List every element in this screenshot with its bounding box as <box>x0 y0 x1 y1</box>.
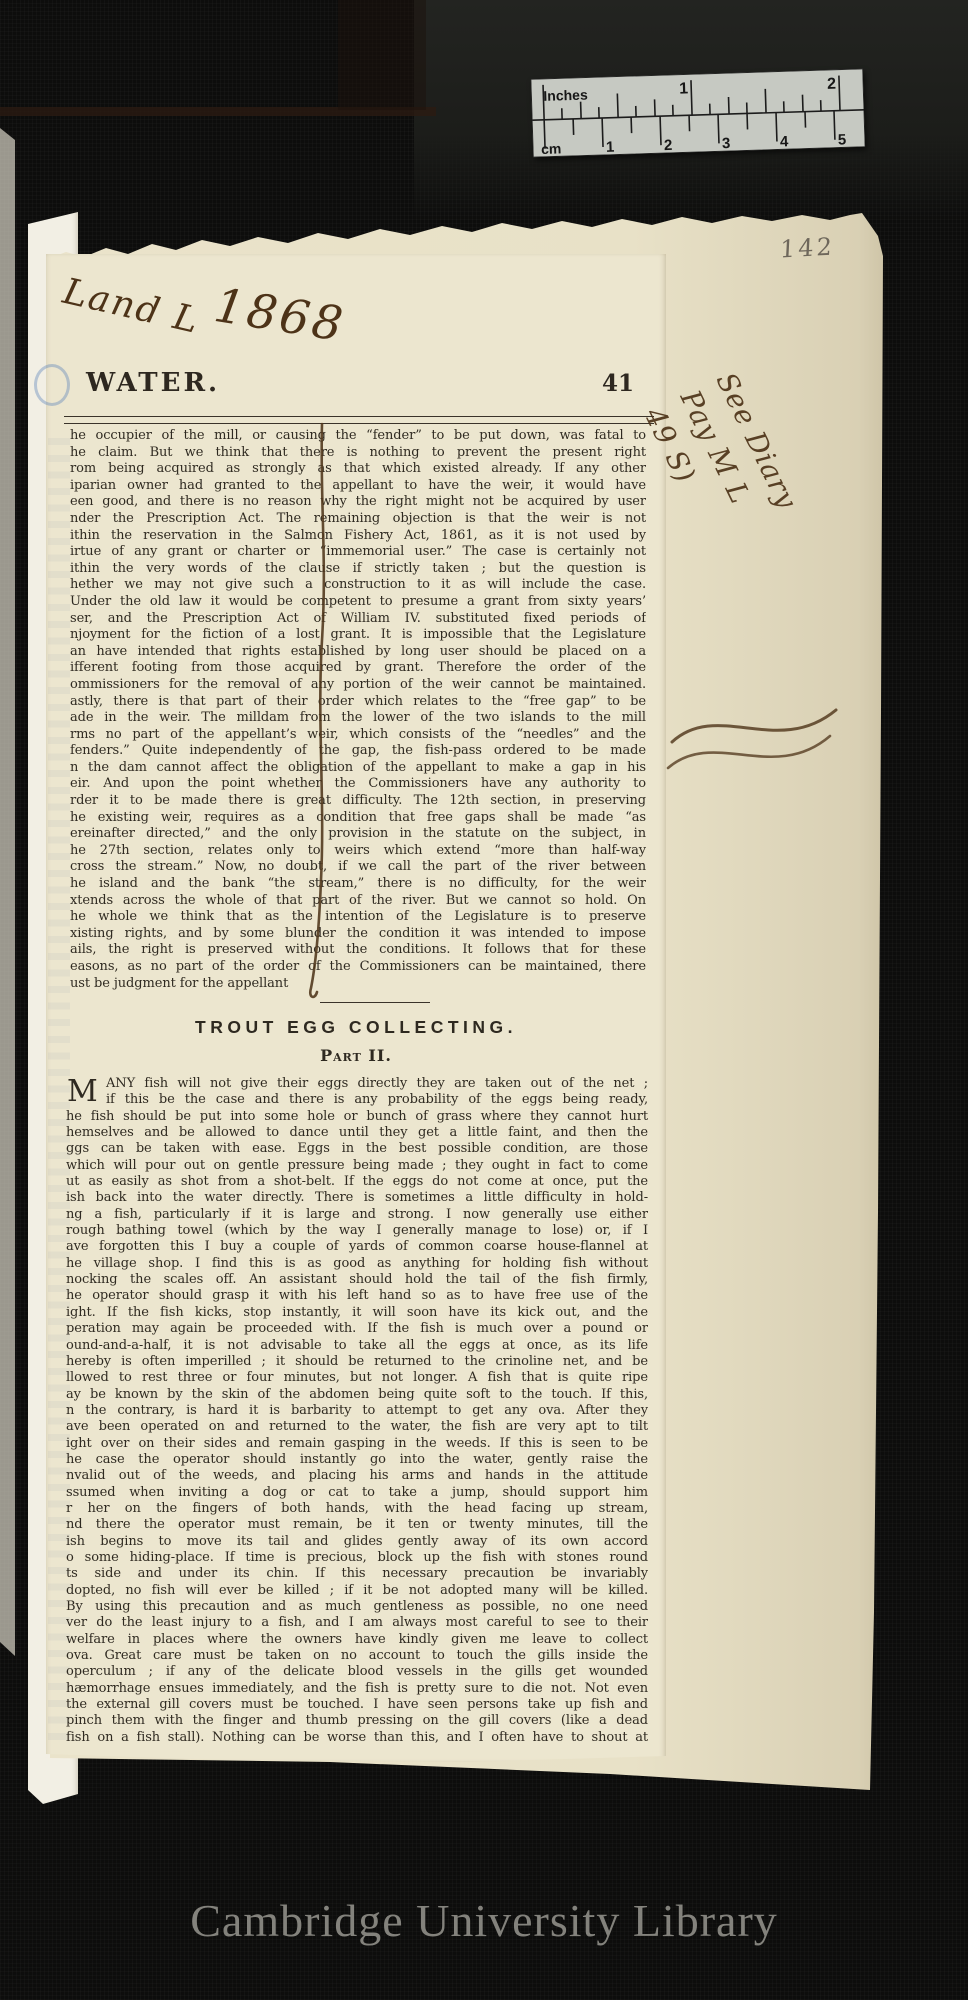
text-line: een good, and there is no reason why the… <box>70 494 646 511</box>
text-line: an have intended that rights established… <box>70 644 646 661</box>
folio-number: 142 <box>779 233 835 264</box>
text-line: he 27th section, relates only to weirs w… <box>70 843 646 860</box>
text-line: r her on the fingers of both hands, with… <box>66 1501 648 1517</box>
text-line: ithin the reservation in the Salmon Fish… <box>70 528 646 545</box>
running-title: WATER. <box>86 368 220 398</box>
text-line: ommissioners for the removal of any port… <box>70 677 646 694</box>
text-line: ser, and the Prescription Act of William… <box>70 611 646 628</box>
inch-tick-2: 2 <box>827 76 837 93</box>
text-line: o some hiding-place. If time is precious… <box>66 1550 648 1566</box>
text-line: he village shop. I find this is as good … <box>66 1256 648 1272</box>
text-line: n the contrary, is hard it is barbarity … <box>66 1403 648 1419</box>
text-line: ggs can be taken with ease. Eggs in the … <box>66 1141 648 1157</box>
text-line: fenders.” Quite independently of the gap… <box>70 743 646 760</box>
text-line: ver do the least injury to a fish, and I… <box>66 1615 648 1631</box>
text-line: njoyment for the fiction of a lost grant… <box>70 627 646 644</box>
text-line: ts side and under its chin. If this nece… <box>66 1566 648 1582</box>
text-line: rough bathing towel (which by the way I … <box>66 1223 648 1239</box>
text-line: he case the operator should instantly go… <box>66 1452 648 1468</box>
text-line: llowed to rest three or four minutes, bu… <box>66 1370 648 1386</box>
text-line: pinch them with the finger and thumb pre… <box>66 1713 648 1729</box>
text-line: Under the old law it would be competent … <box>70 594 646 611</box>
text-line: eir. And upon the point whether the Comm… <box>70 776 646 793</box>
text-line: nocking the scales off. An assistant sho… <box>66 1272 648 1288</box>
text-line: hemselves and be allowed to dance until … <box>66 1125 648 1141</box>
cm-tick-3: 3 <box>722 135 731 152</box>
inch-tick-1: 1 <box>679 80 689 97</box>
article-trout-title: TROUT EGG COLLECTING. <box>66 1017 646 1038</box>
text-line: ut as easily as shot from a shot-belt. I… <box>66 1174 648 1190</box>
text-line: rms no part of the appellant’s weir, whi… <box>70 727 646 744</box>
page-number: 41 <box>602 370 634 397</box>
drop-cap-initial: M <box>67 1077 98 1107</box>
blue-stamp-mark <box>34 364 70 406</box>
text-line: ANY fish will not give their eggs direct… <box>66 1076 648 1092</box>
text-line: ifferent footing from those acquired by … <box>70 660 646 677</box>
text-line: ng a fish, particularly if it is large a… <box>66 1207 648 1223</box>
article-water-text: he occupier of the mill, or causing the … <box>70 428 646 992</box>
text-line: hereby is often imperilled ; it should b… <box>66 1354 648 1370</box>
text-line: fish on a fish stall). Nothing can be wo… <box>66 1730 648 1746</box>
text-line: ay be known by the skin of the abdomen b… <box>66 1387 648 1403</box>
article-trout-part: Part II. <box>66 1046 646 1065</box>
text-line: if this be the case and there is any pro… <box>66 1092 648 1108</box>
text-line: ithin the very words of the clause if st… <box>70 561 646 578</box>
text-line: he occupier of the mill, or causing the … <box>70 428 646 445</box>
text-line: By using this precaution and as much gen… <box>66 1599 648 1615</box>
text-line: hether we may not give such a constructi… <box>70 577 646 594</box>
text-line: he whole we think that as the intention … <box>70 909 646 926</box>
ruler-inches-label: Inches <box>543 86 588 103</box>
background-shadow-band <box>338 0 426 110</box>
text-line: n the dam cannot affect the obligation o… <box>70 760 646 777</box>
text-line: ust be judgment for the appellant <box>70 976 646 993</box>
adjacent-page-edge <box>0 128 15 1656</box>
text-line: astly, there is that part of their order… <box>70 694 646 711</box>
text-line: ave forgotten this I buy a couple of yar… <box>66 1239 648 1255</box>
ruler-cm-label: cm <box>541 140 562 157</box>
text-line: operculum ; if any of the delicate blood… <box>66 1664 648 1680</box>
text-line: he existing weir, requires as a conditio… <box>70 810 646 827</box>
text-line: ish begins to move its tail and glides g… <box>66 1534 648 1550</box>
text-line: ereinafter directed,” and the only provi… <box>70 826 646 843</box>
text-line: irtue of any grant or charter or “immemo… <box>70 544 646 561</box>
text-line: ave been operated on and returned to the… <box>66 1419 648 1435</box>
ruler-graphic: Inches 1 2 cm 1 2 3 4 5 <box>531 69 865 157</box>
text-line: ight. If the fish kicks, stop instantly,… <box>66 1305 648 1321</box>
text-line: ova. Great care must be taken on no acco… <box>66 1648 648 1664</box>
text-line: peration may again be proceeded with. If… <box>66 1321 648 1337</box>
text-line: xisting rights, and by some blunder the … <box>70 926 646 943</box>
text-line: dopted, no fish will ever be killed ; if… <box>66 1583 648 1599</box>
library-watermark: Cambridge University Library <box>0 1894 968 1947</box>
text-line: nvalid out of the weeds, and placing his… <box>66 1468 648 1484</box>
measurement-ruler: Inches 1 2 cm 1 2 3 4 5 <box>531 69 865 157</box>
text-line: he operator should grasp it with his lef… <box>66 1288 648 1304</box>
text-line: nder the Prescription Act. The remaining… <box>70 511 646 528</box>
text-line: ound-and-a-half, it is not advisable to … <box>66 1338 648 1354</box>
text-line: iparian owner had granted to the appella… <box>70 478 646 495</box>
article-end-rule <box>320 1002 430 1003</box>
text-line: the external gill covers must be touched… <box>66 1697 648 1713</box>
page-header: WATER. 41 <box>66 368 648 398</box>
text-line: rom being acquired as strongly as that w… <box>70 461 646 478</box>
text-line: welfare in places where the owners have … <box>66 1632 648 1648</box>
cm-tick-1: 1 <box>606 139 615 156</box>
header-double-rule <box>64 416 654 424</box>
text-line: he fish should be put into some hole or … <box>66 1109 648 1125</box>
text-line: xtends across the whole of that part of … <box>70 893 646 910</box>
text-line: hæmorrhage ensues immediately, and the f… <box>66 1681 648 1697</box>
cm-tick-2: 2 <box>664 137 673 154</box>
cm-tick-5: 5 <box>838 131 847 148</box>
text-line: ails, the right is preserved without the… <box>70 942 646 959</box>
text-line: ssumed when inviting a dog or cat to tak… <box>66 1485 648 1501</box>
cm-tick-4: 4 <box>780 133 790 150</box>
scanned-document-page: Inches 1 2 cm 1 2 3 4 5 <box>0 0 968 2000</box>
text-line: ight over on their sides and remain gasp… <box>66 1436 648 1452</box>
text-line: ish back into the water directly. There … <box>66 1190 648 1206</box>
text-line: which will pour out on gentle pressure b… <box>66 1158 648 1174</box>
text-line: he island and the bank “the stream,” the… <box>70 876 646 893</box>
text-line: ade in the weir. The milldam from the lo… <box>70 710 646 727</box>
text-line: rder it to be made there is great diffic… <box>70 793 646 810</box>
text-line: he claim. But we think that there is not… <box>70 445 646 462</box>
article-trout-text: ANY fish will not give their eggs direct… <box>66 1076 648 1746</box>
text-line: cross the stream.” Now, no doubt, if we … <box>70 859 646 876</box>
text-line: nd there the operator must remain, be it… <box>66 1517 648 1533</box>
text-line: easons, as no part of the order of the C… <box>70 959 646 976</box>
